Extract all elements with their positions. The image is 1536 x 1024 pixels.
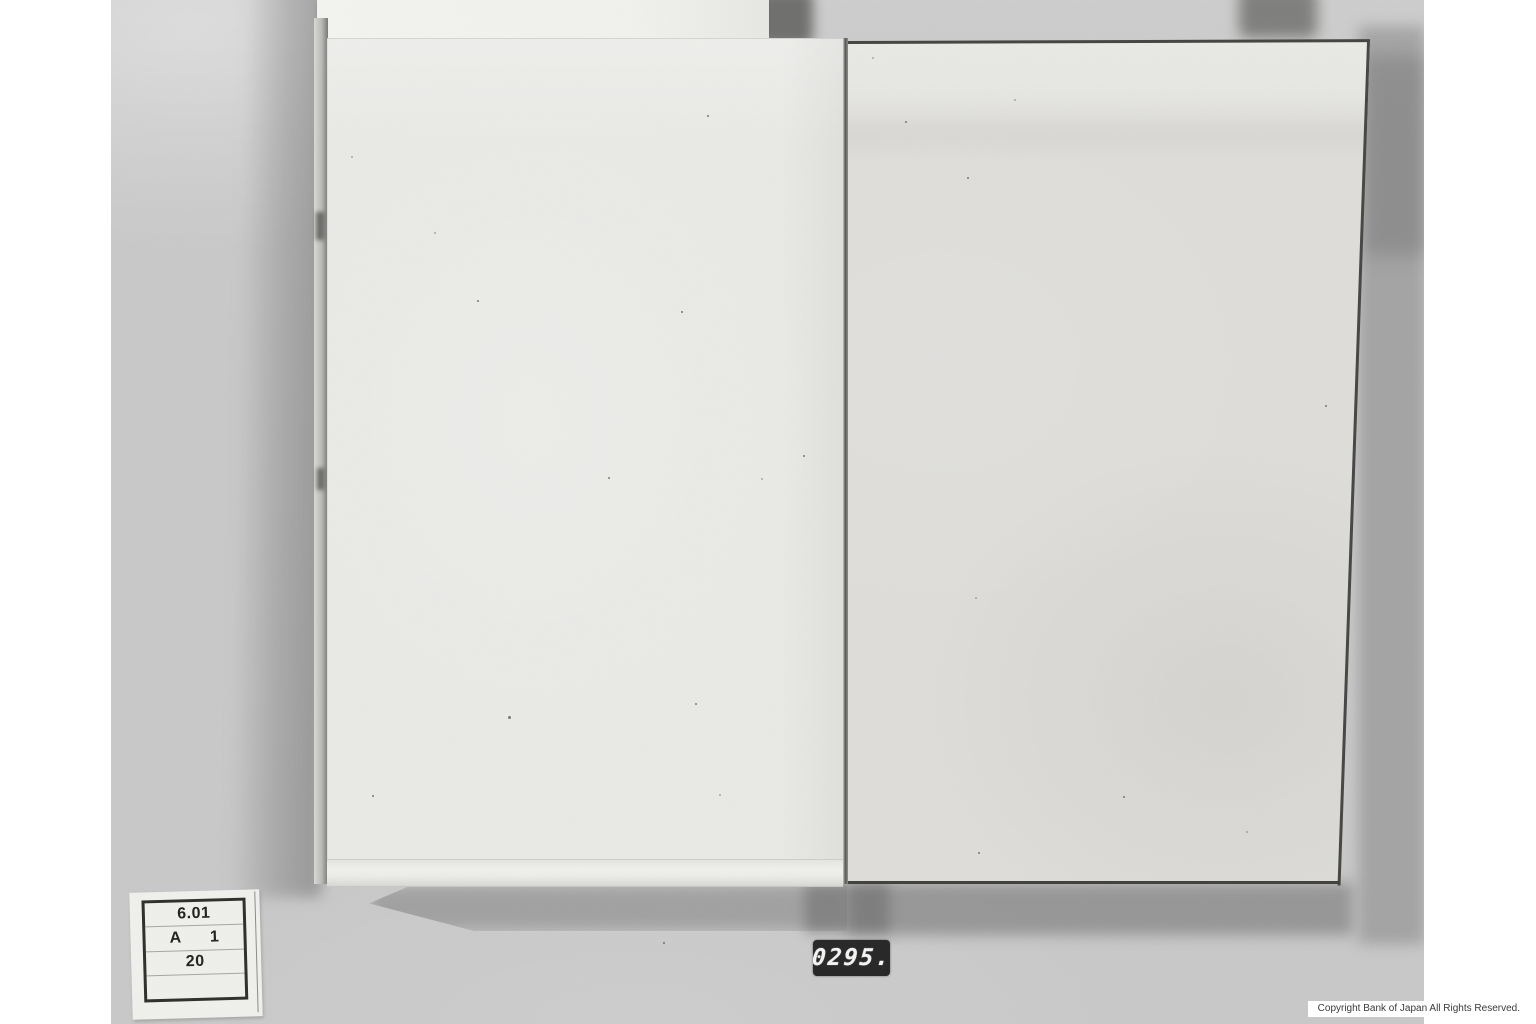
bottom-right-shadow: [848, 883, 1353, 935]
dust-speck: [975, 597, 977, 599]
archive-scan-page: 6.01 A 1 20 0295. Copyright Bank of Japa…: [0, 0, 1536, 1024]
dust-speck: [372, 795, 374, 797]
book-photograph: 6.01 A 1 20 0295.: [111, 0, 1424, 1024]
dust-speck: [1014, 99, 1016, 101]
label-paper-edge: [254, 891, 258, 1012]
top-right-shadow-blob: [1239, 0, 1317, 38]
dust-speck: [695, 703, 697, 705]
label-shelf-letter: A: [169, 929, 182, 947]
right-top-shadow: [1363, 55, 1424, 255]
cover-edge-bottom: [848, 881, 1340, 884]
dust-speck: [905, 121, 907, 123]
left-blank-page: [327, 38, 843, 886]
page-gutter: [843, 38, 848, 884]
dust-speck: [351, 156, 353, 158]
dust-speck: [508, 716, 511, 719]
dust-speck: [477, 300, 479, 302]
spine-smudge: [317, 468, 325, 490]
left-page-fore-edge: [327, 859, 843, 887]
label-row-shelf: A 1: [145, 925, 244, 952]
call-number-label: 6.01 A 1 20: [129, 889, 262, 1020]
right-cast-shadow: [1359, 26, 1424, 944]
spine-smudge: [316, 212, 325, 240]
label-row-series: 6.01: [145, 901, 244, 928]
label-row-empty: [147, 973, 246, 999]
dust-speck: [707, 115, 709, 117]
dust-speck: [1325, 405, 1327, 407]
dust-speck: [978, 852, 980, 854]
dust-speck: [872, 57, 874, 59]
dust-speck: [663, 942, 665, 944]
label-row-volume: 20: [146, 949, 245, 976]
left-page-stack-edge: [314, 18, 328, 884]
dust-speck: [1246, 831, 1248, 833]
dust-speck: [719, 794, 721, 796]
dust-speck: [1123, 796, 1125, 798]
label-shelf-number: 1: [210, 928, 220, 946]
dust-speck: [967, 177, 969, 179]
copyright-notice: Copyright Bank of Japan All Rights Reser…: [1308, 1001, 1526, 1017]
frame-counter: 0295.: [813, 940, 890, 976]
bottom-left-shadow: [369, 885, 847, 931]
dust-speck: [803, 455, 805, 457]
call-number-box: 6.01 A 1 20: [141, 898, 248, 1003]
right-blank-page: [848, 42, 1370, 884]
dust-speck: [434, 232, 436, 234]
dust-speck: [761, 478, 763, 480]
dust-speck: [681, 311, 683, 313]
dust-speck: [608, 477, 610, 479]
gutter-bottom-shadow: [805, 883, 889, 933]
frame-counter-digits: 0295.: [813, 940, 890, 976]
